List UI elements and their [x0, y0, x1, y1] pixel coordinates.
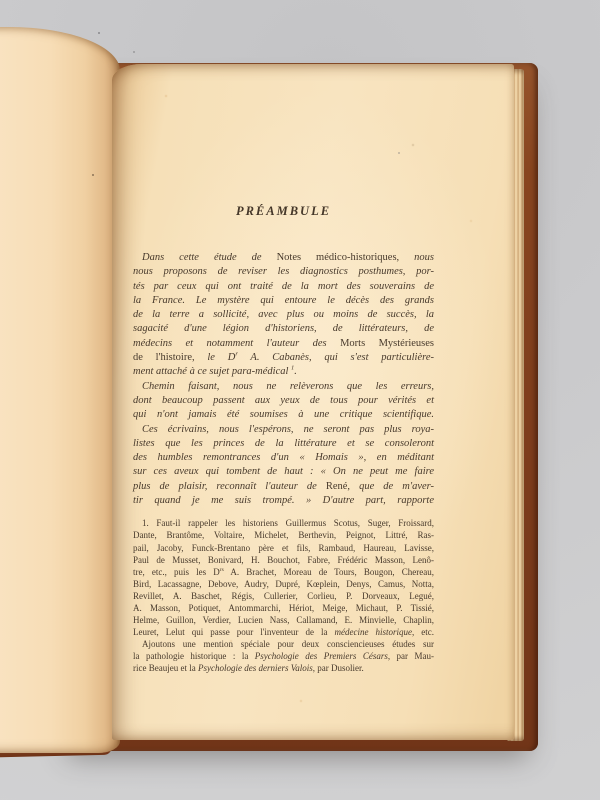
text-line: médecins et notamment l'auteur des Morts…	[133, 337, 434, 351]
text-line: 1. Faut-il rappeler les historiens Guill…	[133, 517, 434, 529]
text-line: ment attaché à ce sujet para-médical 1.	[133, 365, 434, 379]
text-line: des humbles remontrances d'un « Homais »…	[133, 451, 434, 465]
text-line: la France. Le mystère qui entoure le déc…	[133, 294, 434, 308]
right-page: PRÉAMBULE Dans cette étude de Notes médi…	[112, 64, 514, 740]
footnote: 1. Faut-il rappeler les historiens Guill…	[133, 517, 434, 674]
text-line: sur ces aveux qui tombent de haut : « On…	[133, 465, 434, 479]
text-line: plus de plaisir, reconnaît l'auteur de R…	[133, 480, 434, 494]
dust-specks	[0, 0, 2, 2]
page-title: PRÉAMBULE	[133, 205, 434, 217]
text-line: Helme, Guillon, Verdier, Lucien Nass, Ca…	[133, 614, 434, 626]
text-line: Chemin faisant, nous ne relèverons que l…	[133, 380, 434, 394]
text-line: qui n'ont jamais été soumises à une crit…	[133, 408, 434, 422]
text-line: tre, etc., puis les Drs A. Brachet, More…	[133, 566, 434, 578]
left-page	[0, 27, 120, 753]
text-line: de la terre a sollicité, avec plus ou mo…	[133, 308, 434, 322]
text-line: listes que les princes de la littérature…	[133, 437, 434, 451]
text-line: pail, Jacoby, Funck-Brentano père et fil…	[133, 542, 434, 554]
text-column: PRÉAMBULE Dans cette étude de Notes médi…	[133, 64, 434, 675]
text-line: Dans cette étude de Notes médico-histori…	[133, 251, 434, 265]
text-line: Ces écrivains, nous l'espérons, ne seron…	[133, 423, 434, 437]
body-text: Dans cette étude de Notes médico-histori…	[133, 251, 434, 508]
text-line: Dante, Brantôme, Voltaire, Michelet, Ber…	[133, 529, 434, 541]
text-line: Paul de Musset, Bonivard, H. Bouchot, Fa…	[133, 554, 434, 566]
text-line: sagacité d'une légion d'historiens, de l…	[133, 322, 434, 336]
paper-foxing-specks	[112, 64, 114, 66]
text-line: tir quand je me suis trompé. » D'autre p…	[133, 494, 434, 508]
text-line: Leuret, Lelut qui passe pour l'inventeur…	[133, 626, 434, 638]
photo-background: PRÉAMBULE Dans cette étude de Notes médi…	[0, 0, 600, 800]
text-line: rice Beaujeu et la Psychologie des derni…	[133, 662, 434, 674]
text-line: Ajoutons une mention spéciale pour deux …	[133, 638, 434, 650]
text-line: de l'histoire, le Dr A. Cabanès, qui s'e…	[133, 351, 434, 365]
text-line: Bird, Lacassagne, Debove, Audry, Dupré, …	[133, 578, 434, 590]
text-line: Revillet, A. Baschet, Régis, Cullerier, …	[133, 590, 434, 602]
text-line: tés par ceux qui ont traité de la mort d…	[133, 280, 434, 294]
text-line: dont beaucoup passent aux yeux de tous p…	[133, 394, 434, 408]
text-line: nous proposons de reviser les diagnostic…	[133, 265, 434, 279]
text-line: la pathologie historique : la Psychologi…	[133, 650, 434, 662]
text-line: A. Masson, Potiquet, Antommarchi, Hériot…	[133, 602, 434, 614]
